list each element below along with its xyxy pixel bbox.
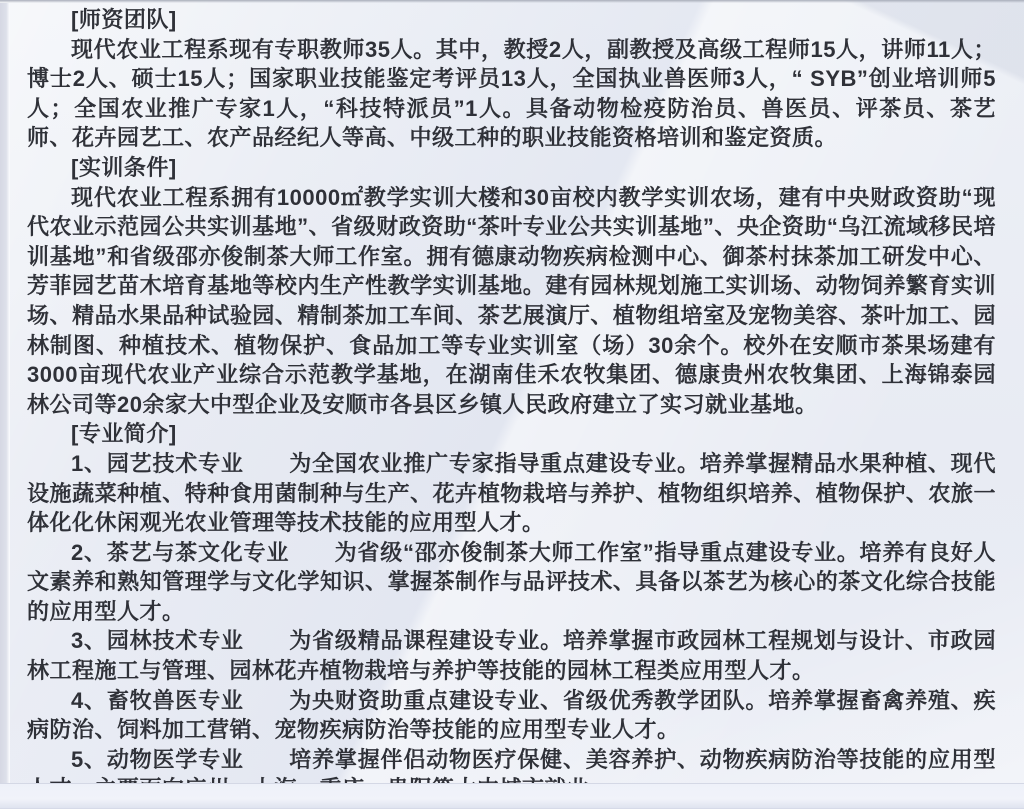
top-edge-line [0, 0, 1024, 3]
major-item-animal-husbandry-veterinary: 4、畜牧兽医专业 为央财资助重点建设专业、省级优秀教学团队。培养掌握畜禽养殖、疾… [27, 686, 996, 745]
major-item-landscape-technology: 3、园林技术专业 为省级精品课程建设专业。培养掌握市政园林工程规划与设计、市政园… [27, 626, 996, 685]
section-training-facilities: [实训条件] 现代农业工程系拥有10000㎡教学实训大楼和30亩校内教学实训农场… [27, 153, 996, 419]
document-content: [师资团队] 现代农业工程系现有专职教师35人。其中，教授2人，副教授及高级工程… [27, 5, 996, 804]
section-header-training-facilities: [实训条件] [27, 153, 996, 183]
section-header-faculty-team: [师资团队] [27, 5, 996, 35]
major-item-tea-art-culture: 2、茶艺与茶文化专业 为省级“邵亦俊制茶大师工作室”指导重点建设专业。培养有良好… [27, 538, 996, 627]
section-header-major-introduction: [专业简介] [27, 419, 996, 449]
section-major-introduction: [专业简介] 1、园艺技术专业 为全国农业推广专家指导重点建设专业。培养掌握精品… [27, 419, 996, 804]
paragraph-faculty-team: 现代农业工程系现有专职教师35人。其中，教授2人，副教授及高级工程师15人，讲师… [27, 35, 996, 153]
bottom-band [0, 783, 1024, 809]
left-edge-strip [0, 3, 10, 783]
brochure-page: [师资团队] 现代农业工程系现有专职教师35人。其中，教授2人，副教授及高级工程… [0, 0, 1024, 809]
major-item-horticulture: 1、园艺技术专业 为全国农业推广专家指导重点建设专业。培养掌握精品水果种植、现代… [27, 449, 996, 538]
paragraph-training-facilities: 现代农业工程系拥有10000㎡教学实训大楼和30亩校内教学实训农场，建有中央财政… [27, 183, 996, 420]
section-faculty-team: [师资团队] 现代农业工程系现有专职教师35人。其中，教授2人，副教授及高级工程… [27, 5, 996, 153]
